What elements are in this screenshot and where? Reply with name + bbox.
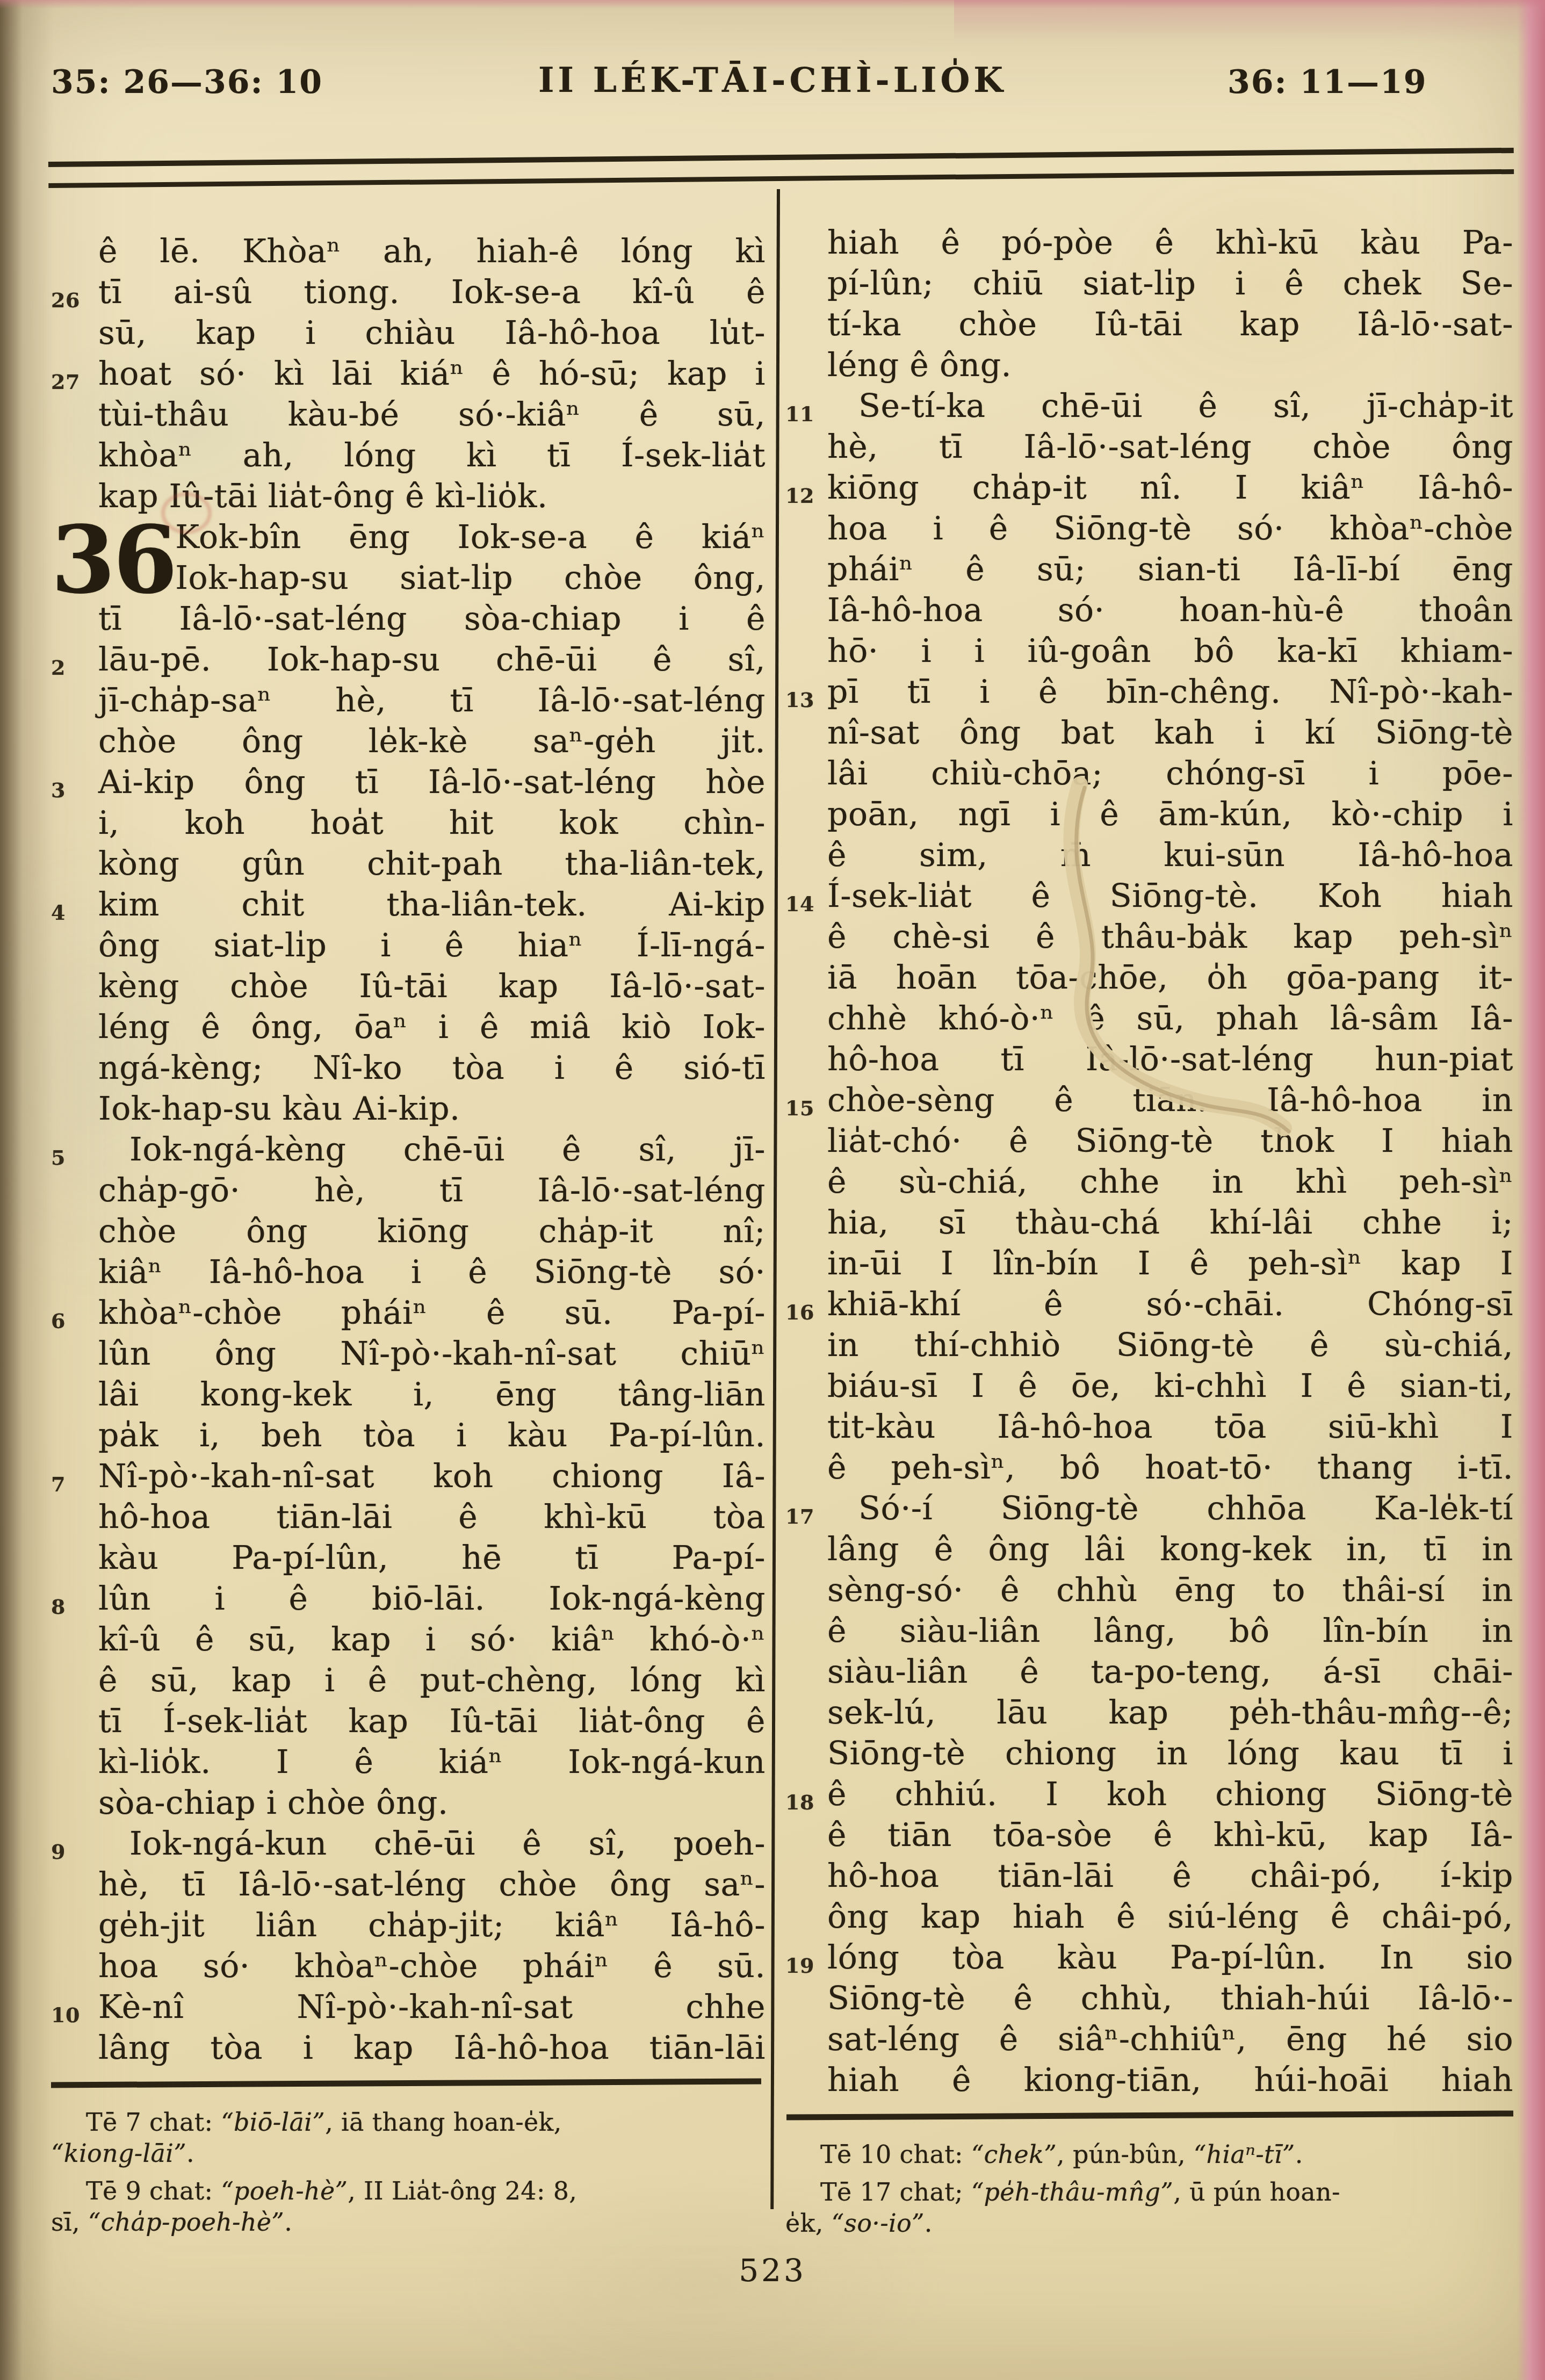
verse-text-row: Iok-hap-su kàu Ai-kip. bbox=[51, 1088, 766, 1129]
text-line: hoa só· khòaⁿ-chòe pháiⁿ ê sū. bbox=[98, 1946, 766, 1987]
verse-number bbox=[51, 1333, 98, 1374]
verse-text-row: lia̍t-chó· ê Siōng-tè thok I hiah bbox=[785, 1121, 1513, 1162]
text-line: kàu Pa-pí-lûn, hē tī Pa-pí- bbox=[98, 1538, 766, 1578]
scanned-book-page: 35: 26—36: 10 II LÉK-TĀI-CHÌ-LIO̍K 36: 1… bbox=[0, 0, 1545, 2380]
footnote-text-segment: “hiaⁿ-tī” bbox=[1194, 2140, 1295, 2169]
verse-text-row: ê tiān tōa-sòe ê khì-kū, kap Iâ- bbox=[785, 1815, 1513, 1856]
verse-number bbox=[51, 1415, 98, 1456]
verse-number: 14 bbox=[785, 876, 827, 917]
footnote-text-segment: “pe̍h-thâu-mn̂g” bbox=[971, 2177, 1173, 2206]
verse-text-row: pí-lûn; chiū siat-li̍p i ê chek Se- bbox=[785, 263, 1513, 304]
verse-text-row: 14Í-sek-lia̍t ê Siōng-tè. Koh hiah bbox=[785, 876, 1513, 917]
text-line: ê lē. Khòaⁿ ah, hiah-ê lóng kì bbox=[98, 231, 766, 272]
verse-text-row: hô-hoa tī Iâ-lō·-sat-léng hun-piat bbox=[785, 1039, 1513, 1080]
text-line: kòng gûn chit-pah tha-liân-tek, bbox=[98, 843, 766, 884]
text-line: Kè-nî Nî-pò·-kah-nî-sat chhe bbox=[98, 1987, 766, 2028]
text-line: sòa-chiap i chòe ông. bbox=[98, 1783, 766, 1823]
verse-text-row: kèng chòe Iû-tāi kap Iâ-lō·-sat- bbox=[51, 966, 766, 1007]
text-line: ngá-kèng; Nî-ko tòa i ê sió-tī bbox=[98, 1048, 766, 1088]
verse-text-row: kàu Pa-pí-lûn, hē tī Pa-pí- bbox=[51, 1538, 766, 1578]
verse-number bbox=[785, 1978, 827, 2019]
column-divider-rule bbox=[770, 189, 780, 2209]
verse-number bbox=[51, 1742, 98, 1783]
verse-text-row: hia, sī thàu-chá khí-lâi chhe i; bbox=[785, 1202, 1513, 1243]
text-line: Í-sek-lia̍t ê Siōng-tè. Koh hiah bbox=[827, 876, 1513, 917]
text-line: hô-hoa tiān-lāi ê khì-kū tòa bbox=[98, 1497, 766, 1538]
verse-number bbox=[785, 1202, 827, 1243]
text-line: lâi kong-kek i, ēng tâng-liān bbox=[98, 1374, 766, 1415]
verse-number bbox=[51, 435, 98, 476]
text-line: chòe ông kiōng cha̍p-it nî; bbox=[98, 1211, 766, 1252]
verse-number bbox=[785, 1611, 827, 1651]
verse-number: 27 bbox=[51, 354, 98, 394]
text-line: khòaⁿ-chòe pháiⁿ ê sū. Pa-pí- bbox=[98, 1293, 766, 1333]
verse-number bbox=[785, 1815, 827, 1856]
verse-text-row: ê chè-si ê thâu-ba̍k kap peh-sìⁿ bbox=[785, 917, 1513, 957]
verse-number bbox=[785, 753, 827, 794]
verse-number: 8 bbox=[51, 1578, 98, 1619]
verse-text-row: hiah ê pó-pòe ê khì-kū kàu Pa- bbox=[785, 222, 1513, 263]
verse-text-row: 8lûn i ê biō-lāi. Iok-ngá-kèng bbox=[51, 1578, 766, 1619]
verse-text-row: lâi chiù-chōa; chóng-sī i pōe- bbox=[785, 753, 1513, 794]
text-line: kiâⁿ Iâ-hô-hoa i ê Siōng-tè só· bbox=[98, 1252, 766, 1293]
verse-text-row: kî-û ê sū, kap i só· kiâⁿ khó-ò·ⁿ bbox=[51, 1619, 766, 1660]
verse-text-row: hoa i ê Siōng-tè só· khòaⁿ-chòe bbox=[785, 508, 1513, 549]
footnote-text-segment: Tē 9 chat: bbox=[86, 2176, 221, 2205]
footnote-text-segment: , pún-bûn, bbox=[1057, 2140, 1194, 2169]
verse-number bbox=[51, 231, 98, 272]
text-line: ông siat-li̍p i ê hiaⁿ Í-lī-ngá- bbox=[98, 925, 766, 966]
verse-text-row: Iâ-hô-hoa só· hoan-hù-ê thoân bbox=[785, 590, 1513, 631]
verse-number: 9 bbox=[51, 1823, 98, 1864]
verse-number: 2 bbox=[51, 639, 98, 680]
running-head-right-reference: 36: 11—19 bbox=[1228, 63, 1427, 101]
footnote-line: e̍k, “so·-io”. bbox=[785, 2208, 1513, 2239]
footnote-line: sī, “cha̍p-poeh-hè”. bbox=[51, 2206, 766, 2238]
footnote-line: “kiong-lāi”. bbox=[51, 2138, 766, 2169]
footnote-text-segment: e̍k, bbox=[785, 2209, 832, 2238]
text-line: hè, tī Iâ-lō·-sat-léng chòe ông saⁿ- bbox=[98, 1864, 766, 1905]
text-line: kì-lio̍k. I ê kiáⁿ Iok-ngá-kun bbox=[98, 1742, 766, 1783]
verse-number bbox=[51, 2028, 98, 2068]
text-line: ê chhiú. I koh chiong Siōng-tè bbox=[827, 1774, 1513, 1815]
text-line: Ai-kip ông tī Iâ-lō·-sat-léng hòe bbox=[98, 762, 766, 803]
verse-number bbox=[51, 1864, 98, 1905]
text-line: kim chi̍t tha-liân-tek. Ai-kip bbox=[98, 884, 766, 925]
verse-number bbox=[785, 835, 827, 876]
footnote-entry: Tē 7 chat: “biō-lāi”, iā thang hoan-e̍k,… bbox=[51, 2107, 766, 2169]
chapter-start-block: 36Kok-bîn ēng Iok-se-a ê kiáⁿIok-hap-su … bbox=[51, 517, 766, 598]
verse-text-row: nî-sat ông bat kah i kí Siōng-tè bbox=[785, 712, 1513, 753]
verse-text-row: ti̍t-kàu Iâ-hô-hoa tōa siū-khì I bbox=[785, 1407, 1513, 1447]
verse-text-row: ê sù-chiá, chhe in khì peh-sìⁿ bbox=[785, 1162, 1513, 1202]
text-line: poān, ngī i ê ām-kún, kò·-chip i bbox=[827, 794, 1513, 835]
footnote-text-segment: Tē 10 chat: bbox=[820, 2140, 971, 2169]
verse-number bbox=[51, 843, 98, 884]
text-line: hō· i i iû-goân bô ka-kī khiam- bbox=[827, 631, 1513, 672]
verse-text-row: tī Iâ-lō·-sat-léng sòa-chiap i ê bbox=[51, 598, 766, 639]
verse-text-row: 19lóng tòa kàu Pa-pí-lûn. In sio bbox=[785, 1937, 1513, 1978]
verse-number bbox=[51, 803, 98, 843]
verse-number: 12 bbox=[785, 467, 827, 508]
verse-number bbox=[785, 1651, 827, 1692]
verse-number: 26 bbox=[51, 272, 98, 313]
text-line: pa̍k i, beh tòa i kàu Pa-pí-lûn. bbox=[98, 1415, 766, 1456]
verse-text-row: 17Só·-í Siōng-tè chhōa Ka-le̍k-tí bbox=[785, 1488, 1513, 1529]
verse-number bbox=[51, 1946, 98, 1987]
verse-number bbox=[785, 1407, 827, 1447]
verse-number bbox=[51, 313, 98, 354]
text-line: pí-lûn; chiū siat-li̍p i ê chek Se- bbox=[827, 263, 1513, 304]
footnote-text-segment: , iā thang hoan-e̍k, bbox=[325, 2108, 562, 2137]
left-text-column: ê lē. Khòaⁿ ah, hiah-ê lóng kì26tī ai-sû… bbox=[51, 231, 766, 2244]
text-line: kiōng cha̍p-it nî. I kiâⁿ Iâ-hô- bbox=[827, 467, 1513, 508]
text-line: i, koh hoa̍t hit kok chìn- bbox=[98, 803, 766, 843]
verse-text-row: 5Iok-ngá-kèng chē-ūi ê sî, jī- bbox=[51, 1129, 766, 1170]
verse-text-row: ê lē. Khòaⁿ ah, hiah-ê lóng kì bbox=[51, 231, 766, 272]
text-line: Se-tí-ka chē-ūi ê sî, jī-cha̍p-it bbox=[827, 386, 1513, 427]
text-line: hô-hoa tī Iâ-lō·-sat-léng hun-piat bbox=[827, 1039, 1513, 1080]
verse-number: 13 bbox=[785, 672, 827, 712]
text-line: lâng tòa i kap Iâ-hô-hoa tiān-lāi bbox=[98, 2028, 766, 2068]
verse-text-row: hoa só· khòaⁿ-chòe pháiⁿ ê sū. bbox=[51, 1946, 766, 1987]
verse-text-row: hiah ê kiong-tiān, húi-hoāi hiah bbox=[785, 2060, 1513, 2101]
verse-text-row: ông siat-li̍p i ê hiaⁿ Í-lī-ngá- bbox=[51, 925, 766, 966]
text-line: in-ūi I lîn-bín I ê peh-sìⁿ kap I bbox=[827, 1243, 1513, 1284]
verse-text-row: Siōng-tè ê chhù, thiah-húi Iâ-lō·- bbox=[785, 1978, 1513, 2019]
text-line: lûn ông Nî-pò·-kah-nî-sat chiūⁿ bbox=[98, 1333, 766, 1374]
verse-number bbox=[785, 998, 827, 1039]
verse-text-row: biáu-sī I ê ōe, ki-chhì I ê sian-ti, bbox=[785, 1366, 1513, 1407]
footnote-text-segment: sī, bbox=[51, 2208, 88, 2237]
text-line: lāu-pē. Iok-hap-su chē-ūi ê sî, bbox=[98, 639, 766, 680]
verse-text-row: sòa-chiap i chòe ông. bbox=[51, 1783, 766, 1823]
footnote-text-segment: Tē 17 chat; bbox=[820, 2177, 971, 2206]
text-line: tí-ka chòe Iû-tāi kap Iâ-lō·-sat- bbox=[827, 304, 1513, 345]
verse-text-row: chòe ông le̍k-kè saⁿ-ge̍h ji̍t. bbox=[51, 721, 766, 762]
verse-text-row: poān, ngī i ê ām-kún, kò·-chip i bbox=[785, 794, 1513, 835]
verse-text-row: tī Í-sek-lia̍t kap Iû-tāi lia̍t-ông ê bbox=[51, 1701, 766, 1742]
text-line: hè, tī Iâ-lō·-sat-léng chòe ông bbox=[827, 427, 1513, 467]
verse-number bbox=[785, 1039, 827, 1080]
text-line: Siōng-tè chiong in lóng kau tī i bbox=[827, 1733, 1513, 1774]
verse-text-row: ê sū, kap i ê put-chèng, lóng kì bbox=[51, 1660, 766, 1701]
verse-number bbox=[785, 1856, 827, 1896]
verse-number bbox=[785, 957, 827, 998]
verse-number bbox=[785, 549, 827, 590]
text-line: kèng chòe Iû-tāi kap Iâ-lō·-sat- bbox=[98, 966, 766, 1007]
text-line: ê sim, m̄ kui-sūn Iâ-hô-hoa bbox=[827, 835, 1513, 876]
verse-text-row: 16khiā-khí ê só·-chāi. Chóng-sī bbox=[785, 1284, 1513, 1325]
verse-text-row: cha̍p-gō· hè, tī Iâ-lō·-sat-léng bbox=[51, 1170, 766, 1211]
text-line: siàu-liân ê ta-po-teng, á-sī chāi- bbox=[827, 1651, 1513, 1692]
verse-text-row: 11Se-tí-ka chē-ūi ê sî, jī-cha̍p-it bbox=[785, 386, 1513, 427]
verse-number bbox=[51, 1007, 98, 1048]
footnote-text-segment: . bbox=[186, 2139, 194, 2168]
verse-number bbox=[785, 508, 827, 549]
verse-text-row: 3Ai-kip ông tī Iâ-lō·-sat-léng hòe bbox=[51, 762, 766, 803]
text-line: hoat só· kì lāi kiáⁿ ê hó-sū; kap i bbox=[98, 354, 766, 394]
verse-text-row: ông kap hiah ê siú-léng ê châi-pó, bbox=[785, 1896, 1513, 1937]
verse-number bbox=[785, 1366, 827, 1407]
text-line: khòaⁿ ah, lóng kì tī Í-sek-lia̍t bbox=[98, 435, 766, 476]
text-line: pī tī i ê bīn-chêng. Nî-pò·-kah- bbox=[827, 672, 1513, 712]
verse-number bbox=[51, 1619, 98, 1660]
verse-number bbox=[785, 1162, 827, 1202]
verse-text-row: 7Nî-pò·-kah-nî-sat koh chiong Iâ- bbox=[51, 1456, 766, 1497]
verse-number bbox=[785, 631, 827, 672]
verse-number: 3 bbox=[51, 762, 98, 803]
text-line: Iok-ngá-kèng chē-ūi ê sî, jī- bbox=[98, 1129, 766, 1170]
verse-text-row: sat-léng ê siâⁿ-chhiûⁿ, ēng hé sio bbox=[785, 2019, 1513, 2060]
verse-number bbox=[51, 1905, 98, 1946]
right-footnote-rule bbox=[786, 2110, 1513, 2120]
text-line: tùi-thâu kàu-bé só·-kiâⁿ ê sū, bbox=[98, 394, 766, 435]
text-line: ê sù-chiá, chhe in khì peh-sìⁿ bbox=[827, 1162, 1513, 1202]
right-column-lines: hiah ê pó-pòe ê khì-kū kàu Pa-pí-lûn; ch… bbox=[785, 222, 1513, 2101]
text-line: ê chè-si ê thâu-ba̍k kap peh-sìⁿ bbox=[827, 917, 1513, 957]
verse-number bbox=[785, 1121, 827, 1162]
text-line: jī-cha̍p-saⁿ hè, tī Iâ-lō·-sat-léng bbox=[98, 680, 766, 721]
verse-number bbox=[51, 1660, 98, 1701]
verse-text-row: lâng tòa i kap Iâ-hô-hoa tiān-lāi bbox=[51, 2028, 766, 2068]
verse-number bbox=[785, 427, 827, 467]
text-line: sū, kap i chiàu Iâ-hô-hoa lu̍t- bbox=[98, 313, 766, 354]
verse-text-row: ê siàu-liân lâng, bô lîn-bín in bbox=[785, 1611, 1513, 1651]
verse-text-row: 10Kè-nî Nî-pò·-kah-nî-sat chhe bbox=[51, 1987, 766, 2028]
verse-number bbox=[785, 222, 827, 263]
verse-text-row: chhè khó-ò·ⁿ ê sū, phah lâ-sâm Iâ- bbox=[785, 998, 1513, 1039]
text-line: kî-û ê sū, kap i só· kiâⁿ khó-ò·ⁿ bbox=[98, 1619, 766, 1660]
verse-number bbox=[51, 1538, 98, 1578]
verse-text-row: in thí-chhiò Siōng-tè ê sù-chiá, bbox=[785, 1325, 1513, 1366]
text-line: hoa i ê Siōng-tè só· khòaⁿ-chòe bbox=[827, 508, 1513, 549]
verse-number bbox=[51, 1374, 98, 1415]
verse-number bbox=[785, 1529, 827, 1570]
footnote-text-segment: , II Lia̍t-ông 24: 8, bbox=[348, 2176, 577, 2205]
verse-text-row: tùi-thâu kàu-bé só·-kiâⁿ ê sū, bbox=[51, 394, 766, 435]
text-line: chhè khó-ò·ⁿ ê sū, phah lâ-sâm Iâ- bbox=[827, 998, 1513, 1039]
text-line: lûn i ê biō-lāi. Iok-ngá-kèng bbox=[98, 1578, 766, 1619]
text-line: ê peh-sìⁿ, bô hoat-tō· thang i-tī. bbox=[827, 1447, 1513, 1488]
text-line: tī Í-sek-lia̍t kap Iû-tāi lia̍t-ông ê bbox=[98, 1701, 766, 1742]
dyed-page-edge-right bbox=[1517, 0, 1545, 2380]
text-line: Kok-bîn ēng Iok-se-a ê kiáⁿ bbox=[175, 517, 766, 558]
text-line: Iâ-hô-hoa só· hoan-hù-ê thoân bbox=[827, 590, 1513, 631]
verse-text-row: 12kiōng cha̍p-it nî. I kiâⁿ Iâ-hô- bbox=[785, 467, 1513, 508]
verse-text-row: 4kim chi̍t tha-liân-tek. Ai-kip bbox=[51, 884, 766, 925]
verse-text-row: i, koh hoa̍t hit kok chìn- bbox=[51, 803, 766, 843]
footnote-entry: Tē 9 chat: “poeh-hè”, II Lia̍t-ông 24: 8… bbox=[51, 2175, 766, 2238]
verse-text-row: tí-ka chòe Iû-tāi kap Iâ-lō·-sat- bbox=[785, 304, 1513, 345]
verse-number bbox=[785, 917, 827, 957]
left-column-lines: ê lē. Khòaⁿ ah, hiah-ê lóng kì26tī ai-sû… bbox=[51, 231, 766, 2068]
text-line: léng ê ông. bbox=[827, 345, 1513, 386]
text-line: nî-sat ông bat kah i kí Siōng-tè bbox=[827, 712, 1513, 753]
text-line: ê sū, kap i ê put-chèng, lóng kì bbox=[98, 1660, 766, 1701]
verse-number bbox=[785, 1325, 827, 1366]
text-line: lâng ê ông lâi kong-kek in, tī in bbox=[827, 1529, 1513, 1570]
text-line: lia̍t-chó· ê Siōng-tè thok I hiah bbox=[827, 1121, 1513, 1162]
text-line: lóng tòa kàu Pa-pí-lûn. In sio bbox=[827, 1937, 1513, 1978]
footnote-text-segment: , ū pún hoan- bbox=[1173, 2177, 1340, 2206]
verse-number bbox=[51, 721, 98, 762]
verse-number: 16 bbox=[785, 1284, 827, 1325]
verse-text-row: iā hoān tōa-chōe, o̍h gōa-pang it- bbox=[785, 957, 1513, 998]
verse-number: 17 bbox=[785, 1488, 827, 1529]
text-line: sèng-só· ê chhù ēng to thâi-sí in bbox=[827, 1570, 1513, 1611]
verse-text-row: hô-hoa tiān-lāi ê khì-kū tòa bbox=[51, 1497, 766, 1538]
verse-number bbox=[51, 1701, 98, 1742]
verse-number bbox=[51, 1783, 98, 1823]
footnote-text-segment: . bbox=[284, 2208, 292, 2237]
book-gutter-shadow bbox=[0, 0, 54, 2380]
footnote-line: Tē 9 chat: “poeh-hè”, II Lia̍t-ông 24: 8… bbox=[51, 2175, 766, 2206]
text-line: tī ai-sû tiong. Iok-se-a kî-û ê bbox=[98, 272, 766, 313]
text-line: Iok-hap-su kàu Ai-kip. bbox=[98, 1088, 766, 1129]
verse-text-row: sek-lú, lāu kap pe̍h-thâu-mn̂g--ê; bbox=[785, 1692, 1513, 1733]
verse-text-row: lâng ê ông lâi kong-kek in, tī in bbox=[785, 1529, 1513, 1570]
verse-number bbox=[785, 590, 827, 631]
verse-text-row: chòe ông kiōng cha̍p-it nî; bbox=[51, 1211, 766, 1252]
verse-number: 11 bbox=[785, 386, 827, 427]
verse-text-row: 15chòe-sèng ê tiān. Iâ-hô-hoa in bbox=[785, 1080, 1513, 1121]
verse-number bbox=[785, 304, 827, 345]
text-line: sek-lú, lāu kap pe̍h-thâu-mn̂g--ê; bbox=[827, 1692, 1513, 1733]
verse-number bbox=[785, 2019, 827, 2060]
verse-number bbox=[785, 1243, 827, 1284]
verse-number bbox=[51, 394, 98, 435]
text-line: iā hoān tōa-chōe, o̍h gōa-pang it- bbox=[827, 957, 1513, 998]
footnote-entry: Tē 17 chat; “pe̍h-thâu-mn̂g”, ū pún hoan… bbox=[785, 2176, 1513, 2239]
verse-text-row: 13pī tī i ê bīn-chêng. Nî-pò·-kah- bbox=[785, 672, 1513, 712]
verse-number: 18 bbox=[785, 1774, 827, 1815]
text-line: chòe-sèng ê tiān. Iâ-hô-hoa in bbox=[827, 1080, 1513, 1121]
left-footnotes: Tē 7 chat: “biō-lāi”, iā thang hoan-e̍k,… bbox=[51, 2107, 766, 2238]
text-line: léng ê ông, ōaⁿ i ê miâ kiò Iok- bbox=[98, 1007, 766, 1048]
text-line: Siōng-tè ê chhù, thiah-húi Iâ-lō·- bbox=[827, 1978, 1513, 2019]
verse-number bbox=[51, 1170, 98, 1211]
verse-text-row: pa̍k i, beh tòa i kàu Pa-pí-lûn. bbox=[51, 1415, 766, 1456]
footnote-text-segment: “poeh-hè” bbox=[221, 2176, 348, 2205]
footnote-line: Tē 7 chat: “biō-lāi”, iā thang hoan-e̍k, bbox=[51, 2107, 766, 2138]
footnote-text-segment: . bbox=[1295, 2140, 1303, 2169]
verse-number bbox=[785, 794, 827, 835]
footnote-line: Tē 17 chat; “pe̍h-thâu-mn̂g”, ū pún hoan… bbox=[785, 2176, 1513, 2208]
verse-text-row: ê peh-sìⁿ, bô hoat-tō· thang i-tī. bbox=[785, 1447, 1513, 1488]
verse-text-row: 26tī ai-sû tiong. Iok-se-a kî-û ê bbox=[51, 272, 766, 313]
verse-number bbox=[785, 345, 827, 386]
right-text-column: hiah ê pó-pòe ê khì-kū kàu Pa-pí-lûn; ch… bbox=[785, 222, 1513, 2245]
text-line: ti̍t-kàu Iâ-hô-hoa tōa siū-khì I bbox=[827, 1407, 1513, 1447]
text-line: chòe ông le̍k-kè saⁿ-ge̍h ji̍t. bbox=[98, 721, 766, 762]
verse-text-row: khòaⁿ ah, lóng kì tī Í-sek-lia̍t bbox=[51, 435, 766, 476]
verse-number bbox=[51, 925, 98, 966]
footnote-text-segment: “cha̍p-poeh-hè” bbox=[88, 2208, 284, 2237]
verse-text-row: lûn ông Nî-pò·-kah-nî-sat chiūⁿ bbox=[51, 1333, 766, 1374]
verse-text-row: pháiⁿ ê sū; sian-ti Iâ-lī-bí ēng bbox=[785, 549, 1513, 590]
right-footnotes: Tē 10 chat: “chek”, pún-bûn, “hiaⁿ-tī”.T… bbox=[785, 2139, 1513, 2239]
chapter-first-lines: Kok-bîn ēng Iok-se-a ê kiáⁿIok-hap-su si… bbox=[175, 517, 766, 598]
text-line: Iok-ngá-kun chē-ūi ê sî, poeh- bbox=[98, 1823, 766, 1864]
text-line: hô-hoa tiān-lāi ê châi-pó, í-ki̍p bbox=[827, 1856, 1513, 1896]
verse-number bbox=[51, 1252, 98, 1293]
text-line: khiā-khí ê só·-chāi. Chóng-sī bbox=[827, 1284, 1513, 1325]
verse-number bbox=[51, 1048, 98, 1088]
verse-number: 19 bbox=[785, 1937, 827, 1978]
verse-text-row: in-ūi I lîn-bín I ê peh-sìⁿ kap I bbox=[785, 1243, 1513, 1284]
verse-number bbox=[785, 1692, 827, 1733]
verse-text-row: lâi kong-kek i, ēng tâng-liān bbox=[51, 1374, 766, 1415]
verse-number: 4 bbox=[51, 884, 98, 925]
verse-text-row: sū, kap i chiàu Iâ-hô-hoa lu̍t- bbox=[51, 313, 766, 354]
verse-number bbox=[785, 1896, 827, 1937]
verse-text-row: ê sim, m̄ kui-sūn Iâ-hô-hoa bbox=[785, 835, 1513, 876]
verse-number: 6 bbox=[51, 1293, 98, 1333]
verse-text-row: léng ê ông. bbox=[785, 345, 1513, 386]
verse-number bbox=[51, 966, 98, 1007]
verse-text-row: 9Iok-ngá-kun chē-ūi ê sî, poeh- bbox=[51, 1823, 766, 1864]
page-edge-top bbox=[0, 0, 1545, 9]
text-line: pháiⁿ ê sū; sian-ti Iâ-lī-bí ēng bbox=[827, 549, 1513, 590]
verse-text-row: hô-hoa tiān-lāi ê châi-pó, í-ki̍p bbox=[785, 1856, 1513, 1896]
verse-number bbox=[51, 1497, 98, 1538]
header-double-rule bbox=[48, 148, 1514, 188]
text-line: tī Iâ-lō·-sat-léng sòa-chiap i ê bbox=[98, 598, 766, 639]
red-ink-smudge-artifact bbox=[161, 492, 212, 534]
footnote-text-segment: “so·-io” bbox=[832, 2209, 925, 2238]
verse-number bbox=[785, 263, 827, 304]
verse-text-row: kì-lio̍k. I ê kiáⁿ Iok-ngá-kun bbox=[51, 1742, 766, 1783]
text-line: Iok-hap-su siat-li̍p chòe ông, bbox=[175, 558, 766, 598]
verse-number bbox=[51, 680, 98, 721]
footnote-text-segment: “chek” bbox=[971, 2140, 1057, 2169]
verse-text-row: léng ê ông, ōaⁿ i ê miâ kiò Iok- bbox=[51, 1007, 766, 1048]
verse-number: 7 bbox=[51, 1456, 98, 1497]
text-line: ge̍h-ji̍t liân cha̍p-ji̍t; kiâⁿ Iâ-hô- bbox=[98, 1905, 766, 1946]
verse-number bbox=[51, 1211, 98, 1252]
text-line: ông kap hiah ê siú-léng ê châi-pó, bbox=[827, 1896, 1513, 1937]
verse-text-row: kòng gûn chit-pah tha-liân-tek, bbox=[51, 843, 766, 884]
text-line: Nî-pò·-kah-nî-sat koh chiong Iâ- bbox=[98, 1456, 766, 1497]
verse-text-row: hè, tī Iâ-lō·-sat-léng chòe ông bbox=[785, 427, 1513, 467]
verse-text-row: jī-cha̍p-saⁿ hè, tī Iâ-lō·-sat-léng bbox=[51, 680, 766, 721]
text-line: biáu-sī I ê ōe, ki-chhì I ê sian-ti, bbox=[827, 1366, 1513, 1407]
verse-text-row: Siōng-tè chiong in lóng kau tī i bbox=[785, 1733, 1513, 1774]
text-line: sat-léng ê siâⁿ-chhiûⁿ, ēng hé sio bbox=[827, 2019, 1513, 2060]
footnote-text-segment: . bbox=[925, 2209, 933, 2238]
footnote-entry: Tē 10 chat: “chek”, pún-bûn, “hiaⁿ-tī”. bbox=[785, 2139, 1513, 2170]
text-line: Só·-í Siōng-tè chhōa Ka-le̍k-tí bbox=[827, 1488, 1513, 1529]
text-line: hiah ê pó-pòe ê khì-kū kàu Pa- bbox=[827, 222, 1513, 263]
text-line: ê siàu-liân lâng, bô lîn-bín in bbox=[827, 1611, 1513, 1651]
text-line: cha̍p-gō· hè, tī Iâ-lō·-sat-léng bbox=[98, 1170, 766, 1211]
verse-text-row: hè, tī Iâ-lō·-sat-léng chòe ông saⁿ- bbox=[51, 1864, 766, 1905]
text-line: ê tiān tōa-sòe ê khì-kū, kap Iâ- bbox=[827, 1815, 1513, 1856]
verse-text-row: 27hoat só· kì lāi kiáⁿ ê hó-sū; kap i bbox=[51, 354, 766, 394]
text-line: hia, sī thàu-chá khí-lâi chhe i; bbox=[827, 1202, 1513, 1243]
verse-number: 10 bbox=[51, 1987, 98, 2028]
footnote-text-segment: “biō-lāi” bbox=[221, 2108, 325, 2137]
verse-number bbox=[51, 598, 98, 639]
verse-number bbox=[785, 2060, 827, 2101]
verse-text-row: 6khòaⁿ-chòe pháiⁿ ê sū. Pa-pí- bbox=[51, 1293, 766, 1333]
verse-text-row: ge̍h-ji̍t liân cha̍p-ji̍t; kiâⁿ Iâ-hô- bbox=[51, 1905, 766, 1946]
verse-number bbox=[785, 712, 827, 753]
verse-text-row: ngá-kèng; Nî-ko tòa i ê sió-tī bbox=[51, 1048, 766, 1088]
verse-number: 15 bbox=[785, 1080, 827, 1121]
verse-text-row: siàu-liân ê ta-po-teng, á-sī chāi- bbox=[785, 1651, 1513, 1692]
